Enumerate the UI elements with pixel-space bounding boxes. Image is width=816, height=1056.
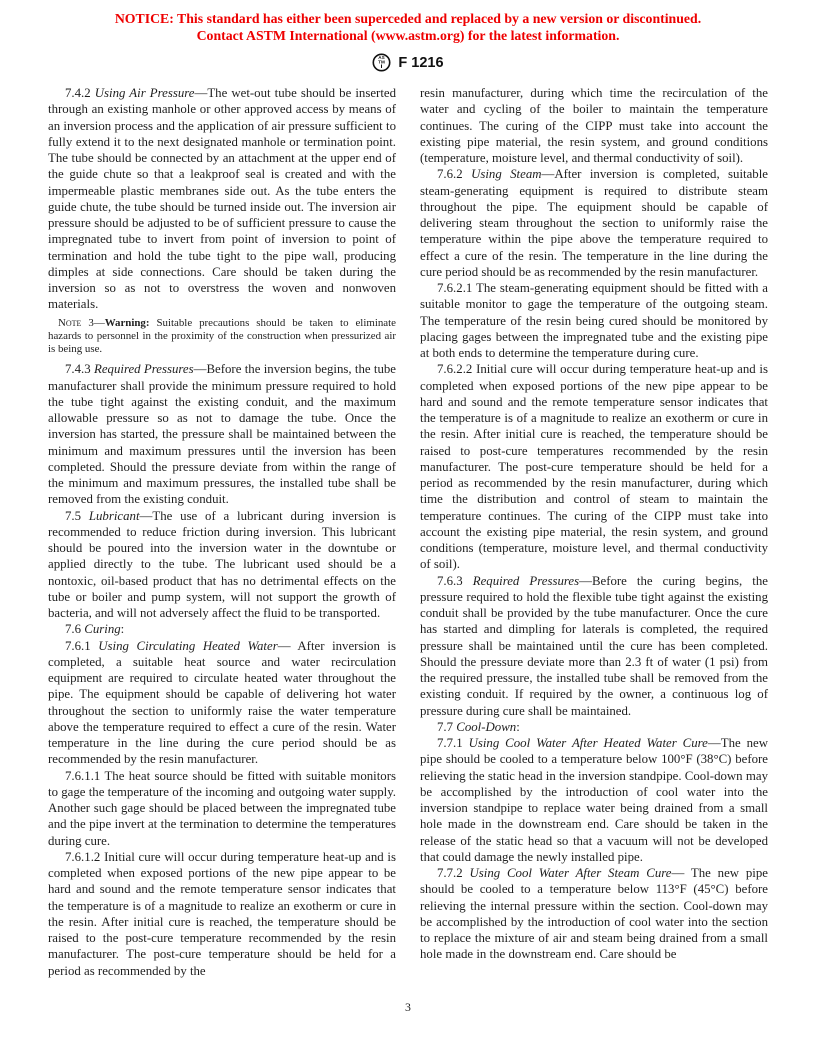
section-title: Using Circulating Heated Water <box>98 639 277 653</box>
section-paragraph: 7.7.1 Using Cool Water After Heated Wate… <box>420 735 768 865</box>
section-title: Using Cool Water After Heated Water Cure <box>469 736 708 750</box>
section-paragraph: 7.6.2 Using Steam—After inversion is com… <box>420 166 768 280</box>
section-paragraph: 7.6.1.2 Initial cure will occur during t… <box>48 849 396 979</box>
section-paragraph: 7.7.2 Using Cool Water After Steam Cure—… <box>420 865 768 963</box>
section-title: Lubricant <box>89 509 140 523</box>
section-title: Using Steam <box>471 167 541 181</box>
section-title: Using Air Pressure <box>95 86 195 100</box>
astm-logo-icon: AS TM <box>372 53 391 72</box>
notice-line-2: Contact ASTM International (www.astm.org… <box>0 28 816 45</box>
supersession-notice: NOTICE: This standard has either been su… <box>0 11 816 44</box>
notice-line-1: NOTICE: This standard has either been su… <box>0 11 816 28</box>
note-label: Note 3— <box>58 317 105 329</box>
continuation-paragraph: resin manufacturer, during which time th… <box>420 85 768 166</box>
note-warning-word: Warning: <box>105 317 150 329</box>
section-paragraph: 7.6.1 Using Circulating Heated Water— Af… <box>48 638 396 768</box>
section-title: Using Cool Water After Steam Cure <box>470 866 672 880</box>
section-title: Required Pressures <box>473 574 579 588</box>
column-left: 7.4.2 Using Air Pressure—The wet-out tub… <box>48 85 396 979</box>
designation-row: AS TM F 1216 <box>0 53 816 72</box>
section-paragraph: 7.4.2 Using Air Pressure—The wet-out tub… <box>48 85 396 313</box>
svg-text:TM: TM <box>379 60 386 65</box>
two-column-body: 7.4.2 Using Air Pressure—The wet-out tub… <box>48 85 768 979</box>
section-paragraph: 7.6.1.1 The heat source should be fitted… <box>48 768 396 849</box>
note-paragraph: Note 3—Warning: Suitable precautions sho… <box>48 317 396 357</box>
section-paragraph: 7.6.2.1 The steam-generating equipment s… <box>420 280 768 361</box>
section-title: Required Pressures <box>94 362 194 376</box>
section-paragraph: 7.6.3 Required Pressures—Before the curi… <box>420 573 768 719</box>
standard-designation: F 1216 <box>398 55 443 71</box>
page-number: 3 <box>0 1000 816 1015</box>
section-paragraph: 7.7 Cool-Down: <box>420 719 768 735</box>
section-title: Curing <box>84 622 120 636</box>
section-paragraph: 7.6.2.2 Initial cure will occur during t… <box>420 361 768 572</box>
column-right: resin manufacturer, during which time th… <box>420 85 768 979</box>
section-paragraph: 7.6 Curing: <box>48 621 396 637</box>
section-paragraph: 7.5 Lubricant—The use of a lubricant dur… <box>48 508 396 622</box>
section-paragraph: 7.4.3 Required Pressures—Before the inve… <box>48 361 396 507</box>
document-page: NOTICE: This standard has either been su… <box>0 0 816 1056</box>
section-title: Cool-Down <box>456 720 516 734</box>
